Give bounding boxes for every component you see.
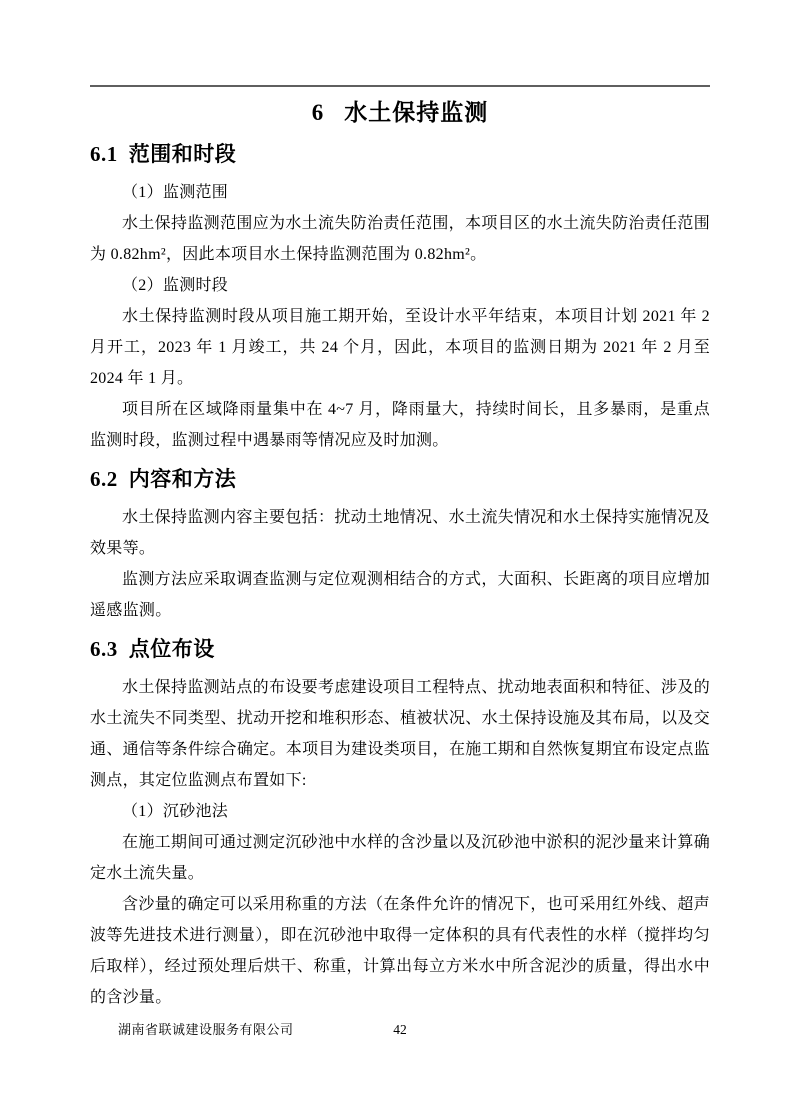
section-number: 6.2 bbox=[90, 467, 118, 491]
list-item: （1）沉砂池法 bbox=[90, 796, 710, 827]
paragraph: 在施工期间可通过测定沉砂池中水样的含沙量以及沉砂池中淤积的泥沙量来计算确定水土流… bbox=[90, 827, 710, 889]
chapter-title-text: 水土保持监测 bbox=[344, 100, 488, 125]
document-page: 6水土保持监测 6.1范围和时段 （1）监测范围 水土保持监测范围应为水土流失防… bbox=[0, 0, 790, 1118]
paragraph: 水土保持监测范围应为水土流失防治责任范围，本项目区的水土流失防治责任范围为 0.… bbox=[90, 208, 710, 270]
section-number: 6.3 bbox=[90, 637, 118, 661]
chapter-title: 6水土保持监测 bbox=[90, 95, 710, 131]
chapter-number: 6 bbox=[312, 100, 325, 125]
footer-page-number: 42 bbox=[360, 1021, 440, 1039]
paragraph: 项目所在区域降雨量集中在 4~7 月，降雨量大，持续时间长，且多暴雨，是重点监测… bbox=[90, 394, 710, 456]
list-item: （2）监测时段 bbox=[90, 270, 710, 301]
page-content: 6水土保持监测 6.1范围和时段 （1）监测范围 水土保持监测范围应为水土流失防… bbox=[90, 87, 710, 1013]
list-item: （1）监测范围 bbox=[90, 177, 710, 208]
footer-company-name: 湖南省联诚建设服务有限公司 bbox=[118, 1021, 294, 1039]
section-number: 6.1 bbox=[90, 142, 118, 166]
section-title: 内容和方法 bbox=[129, 467, 237, 491]
section-heading-6-2: 6.2内容和方法 bbox=[90, 464, 710, 494]
section-title: 点位布设 bbox=[129, 637, 215, 661]
paragraph: 含沙量的确定可以采用称重的方法（在条件允许的情况下，也可采用红外线、超声波等先进… bbox=[90, 889, 710, 1013]
paragraph: 监测方法应采取调查监测与定位观测相结合的方式，大面积、长距离的项目应增加遥感监测… bbox=[90, 564, 710, 626]
paragraph: 水土保持监测时段从项目施工期开始，至设计水平年结束，本项目计划 2021 年 2… bbox=[90, 301, 710, 394]
section-heading-6-3: 6.3点位布设 bbox=[90, 634, 710, 664]
section-title: 范围和时段 bbox=[129, 142, 237, 166]
section-heading-6-1: 6.1范围和时段 bbox=[90, 139, 710, 169]
paragraph: 水土保持监测站点的布设要考虑建设项目工程特点、扰动地表面积和特征、涉及的水土流失… bbox=[90, 672, 710, 796]
paragraph: 水土保持监测内容主要包括：扰动土地情况、水土流失情况和水土保持实施情况及效果等。 bbox=[90, 502, 710, 564]
